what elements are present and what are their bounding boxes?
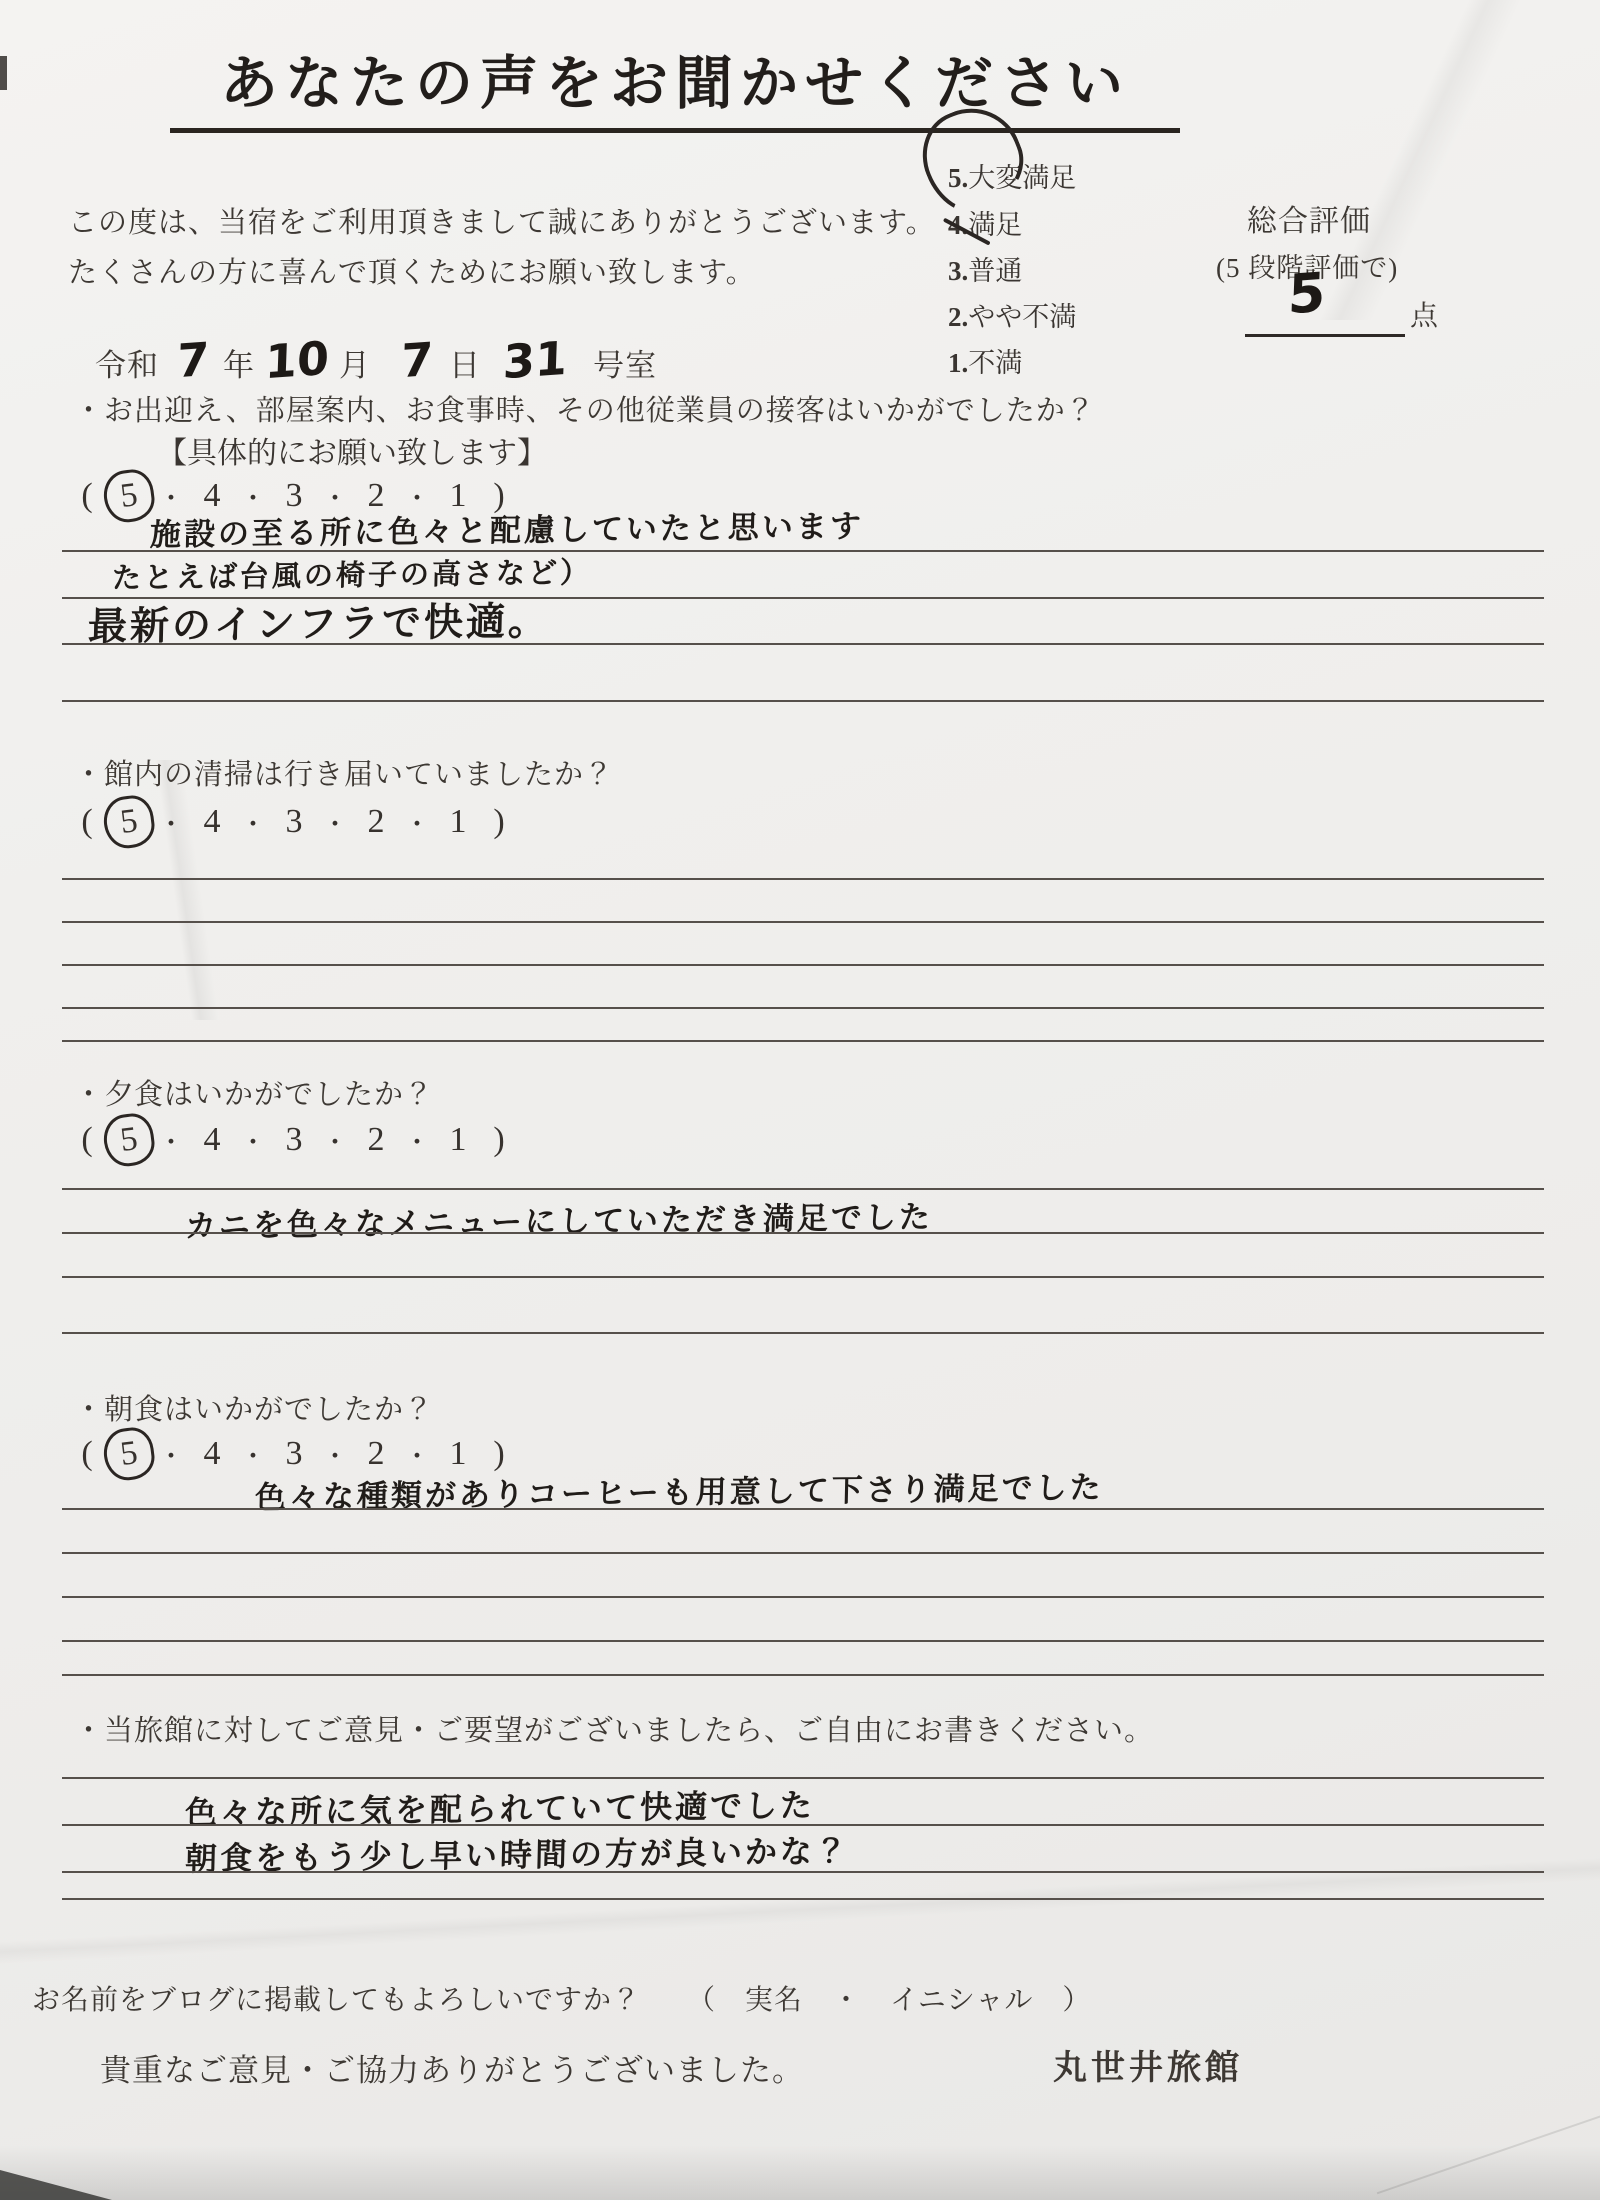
overall-rating-label: 総合評価 (1247, 196, 1371, 240)
question-5-text: ・当旅館に対してご意見・ご要望がございましたら、ご自由にお書きください。 (74, 1708, 1154, 1749)
legend-label: 不満 (968, 348, 1022, 378)
overall-score-unit: 点 (1410, 294, 1439, 334)
paren-close: ) (482, 1435, 516, 1473)
thanks-message: 貴重なご意見・ご協力ありがとうございました。 (100, 2045, 804, 2090)
answer-line (62, 1674, 1544, 1676)
rating-separator: ・ (400, 1122, 434, 1159)
answer-line (62, 550, 1544, 552)
answer-line (62, 643, 1544, 645)
legend-item-2: 2.やや不満 (948, 295, 1076, 334)
answer-line (62, 1871, 1544, 1873)
rating-5-circled: 5 (101, 1425, 157, 1483)
answer-line (62, 1552, 1544, 1554)
answer-line (62, 1232, 1544, 1234)
guest-survey-scan: あなたの声をお聞かせください この度は、当宿をご利用頂きまして誠にありがとうござ… (0, 0, 1600, 2200)
paren-open: ( (70, 1121, 104, 1159)
paren-close: ) (482, 803, 516, 841)
rating-separator: ・ (236, 1436, 270, 1473)
day-handwritten: 7 (400, 339, 433, 381)
blog-permission-question: お名前をブログに掲載してもよろしいですか？ (32, 1978, 641, 2018)
legend-number: 1. (948, 348, 968, 378)
paren-open: ( (70, 477, 104, 515)
rating-5-circled: 5 (101, 1111, 157, 1169)
page-title: あなたの声をお聞かせください (170, 36, 1180, 133)
rating-separator: ・ (318, 804, 352, 841)
overall-score-handwritten: 5 (1287, 261, 1327, 327)
rating-separator: ・ (154, 804, 188, 841)
month-handwritten: 10 (264, 338, 329, 383)
answer-line (62, 1188, 1544, 1190)
intro-line-1: この度は、当宿をご利用頂きまして誠にありがとうございます。 (68, 200, 936, 241)
rating-row-q3: ( 5 ・ 4 ・ 3 ・ 2 ・ 1 ) (70, 1114, 516, 1166)
rating-1: 1 (434, 798, 482, 846)
legend-item-1: 1.不満 (948, 341, 1022, 380)
rating-separator: ・ (400, 1436, 434, 1473)
answer-line (62, 1898, 1544, 1900)
blog-permission-row: お名前をブログに掲載してもよろしいですか？ （ 実名 ・ イニシャル ） (32, 1978, 1091, 2018)
rating-3: 3 (270, 798, 318, 846)
answer-line (62, 700, 1544, 702)
rating-2: 2 (352, 798, 400, 846)
question-1-note: 【具体的にお願い致します】 (157, 428, 547, 472)
rating-separator: ・ (400, 804, 434, 841)
scan-edge-mark (0, 56, 7, 90)
legend-item-3: 3.普通 (948, 249, 1022, 288)
answer-line (62, 1007, 1544, 1009)
question-4-text: ・朝食はいかがでしたか？ (74, 1387, 434, 1428)
answer-line (62, 597, 1544, 599)
rating-separator: ・ (236, 804, 270, 841)
year-label: 年 (223, 340, 255, 385)
rating-separator: ・ (318, 1122, 352, 1159)
paper-edge-shadow (0, 2145, 1600, 2200)
paren-open: ( (70, 803, 104, 841)
blog-permission-options: （ 実名 ・ イニシャル ） (687, 1978, 1091, 2018)
rating-3: 3 (270, 1116, 318, 1164)
answer-line (62, 1332, 1544, 1334)
handwritten-answer: 施設の至る所に色々と配慮していたと思います (150, 501, 865, 555)
month-label: 月 (339, 340, 371, 385)
rating-2: 2 (352, 1116, 400, 1164)
legend-number: 3. (948, 256, 968, 286)
answer-line (62, 1040, 1544, 1042)
era-label: 令和 (95, 340, 159, 385)
paren-close: ) (482, 1121, 516, 1159)
room-handwritten: 31 (502, 338, 567, 383)
rating-4: 4 (188, 1430, 236, 1478)
rating-1: 1 (434, 1116, 482, 1164)
legend-label: 普通 (968, 256, 1022, 286)
legend-number: 2. (948, 302, 968, 332)
rating-5-circled: 5 (101, 793, 157, 851)
question-1-text: ・お出迎え、部屋案内、お食事時、その他従業員の接客はいかがでしたか？ (74, 388, 1096, 429)
rating-5-circled: 5 (101, 467, 157, 525)
answer-line (62, 878, 1544, 880)
rating-separator: ・ (318, 1436, 352, 1473)
answer-line (62, 1276, 1544, 1278)
answer-line (62, 1777, 1544, 1779)
handwritten-answer: カニを色々なメニューにしていただき満足でした (185, 1191, 934, 1245)
rating-separator: ・ (154, 1436, 188, 1473)
rating-separator: ・ (236, 1122, 270, 1159)
answer-line (62, 1596, 1544, 1598)
rating-4: 4 (188, 798, 236, 846)
room-label: 号室 (593, 340, 657, 385)
inn-name: 丸世井旅館 (1053, 2040, 1243, 2089)
visit-date-row: 令和 7 年 10 月 7 日 31 号室 (95, 340, 657, 385)
answer-line (62, 921, 1544, 923)
paren-open: ( (70, 1435, 104, 1473)
answer-line (62, 1824, 1544, 1826)
answer-line (62, 964, 1544, 966)
rating-row-q2: ( 5 ・ 4 ・ 3 ・ 2 ・ 1 ) (70, 796, 516, 848)
rating-separator: ・ (154, 1122, 188, 1159)
question-3-text: ・夕食はいかがでしたか？ (74, 1072, 434, 1113)
year-handwritten: 7 (176, 339, 209, 381)
intro-line-2: たくさんの方に喜んで頂くためにお願い致します。 (68, 250, 756, 291)
day-label: 日 (449, 340, 481, 385)
legend-label: やや不満 (968, 302, 1076, 332)
rating-4: 4 (188, 1116, 236, 1164)
answer-line (62, 1640, 1544, 1642)
question-2-text: ・館内の清掃は行き届いていましたか？ (74, 752, 614, 793)
answer-line (62, 1508, 1544, 1510)
